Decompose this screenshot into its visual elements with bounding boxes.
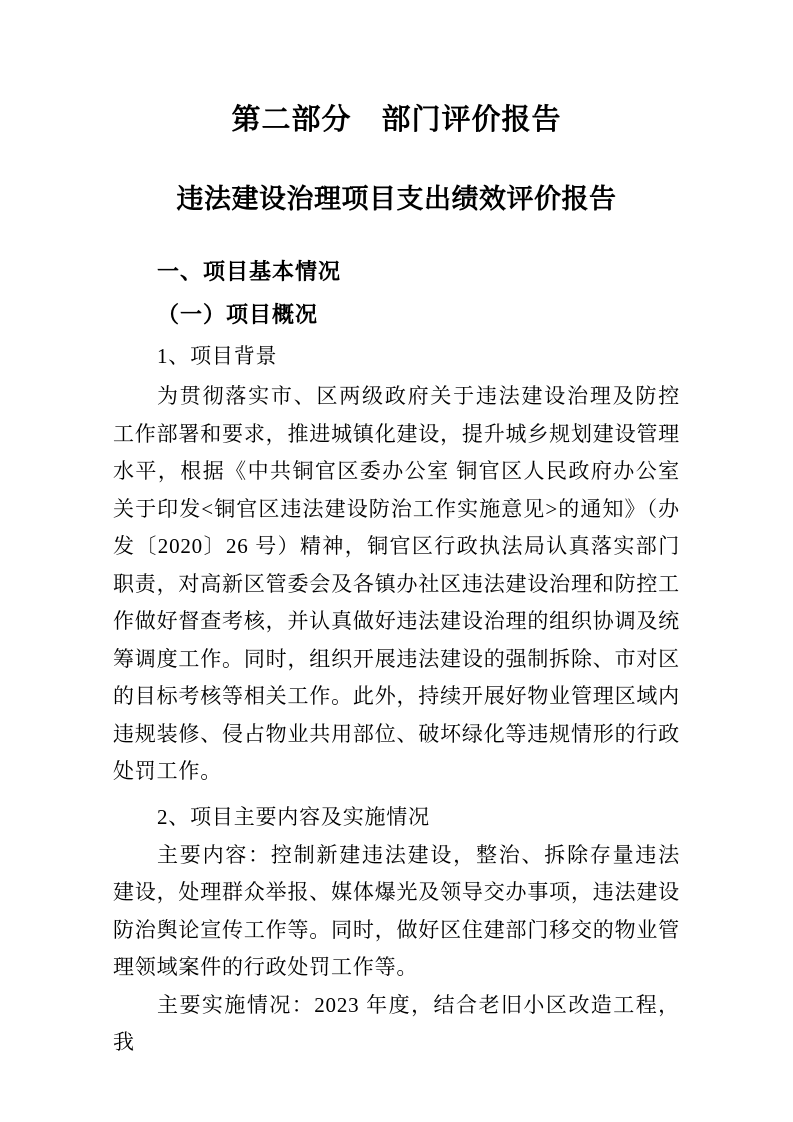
document-content: 第二部分 部门评价报告 违法建设治理项目支出绩效评价报告 一、项目基本情况 （一… [113, 0, 680, 1062]
document-page: 第二部分 部门评价报告 违法建设治理项目支出绩效评价报告 一、项目基本情况 （一… [0, 0, 793, 1122]
paragraph-implementation-status: 主要实施情况：2023 年度，结合老旧小区改造工程，我 [113, 987, 680, 1062]
item-heading-main-content: 2、项目主要内容及实施情况 [113, 802, 680, 832]
report-title: 违法建设治理项目支出绩效评价报告 [113, 181, 680, 217]
item-heading-project-background: 1、项目背景 [113, 341, 680, 371]
paragraph-project-background: 为贯彻落实市、区两级政府关于违法建设治理及防控工作部署和要求，推进城镇化建设，提… [113, 378, 680, 791]
section-heading-basic-info: 一、项目基本情况 [113, 257, 680, 287]
paragraph-main-content: 主要内容：控制新建违法建设，整治、拆除存量违法建设，处理群众举报、媒体爆光及领导… [113, 837, 680, 987]
part-title: 第二部分 部门评价报告 [113, 101, 680, 139]
subsection-heading-project-overview: （一）项目概况 [113, 300, 680, 330]
